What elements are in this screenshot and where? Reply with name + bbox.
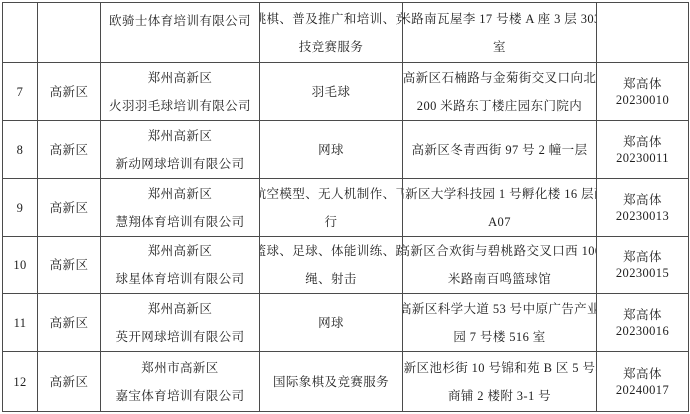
cell-index: 10	[3, 237, 38, 294]
services-line: 网球	[318, 142, 344, 158]
services-line: 技竞赛服务	[299, 39, 364, 55]
cell-cert: 郑高体 20230011	[597, 121, 689, 179]
cell-index: 8	[3, 121, 38, 179]
cell-services: 篮球、足球、体能训练、跳 绳、射击	[260, 237, 403, 294]
cell-services: 航空模型、无人机制作、飞 行	[260, 179, 403, 237]
cell-cert: 郑高体 20230016	[597, 294, 689, 352]
cell-cert: 郑高体 20230010	[597, 63, 689, 121]
address-line: 室	[493, 39, 506, 55]
company-line: 郑州高新区	[148, 186, 213, 202]
cell-company: 郑州市高新区 嘉宝体育培训有限公司	[101, 352, 260, 412]
cell-cert: 郑高体 20240017	[597, 352, 689, 412]
company-line: 郑州市高新区	[141, 360, 218, 376]
company-line: 郑州高新区	[148, 301, 213, 317]
services-line: 跳棋、普及推广和培训、竞	[260, 11, 403, 27]
address-line: 高新区池杉街 10 号锦和苑 B 区 5 号楼	[403, 360, 597, 376]
cell-district: 高新区	[38, 63, 101, 121]
address-line: 高新区石楠路与金菊街交叉口向北	[403, 70, 596, 86]
company-line: 嘉宝体育培训有限公司	[115, 388, 244, 404]
address-line: 高新区科学大道 53 号中原广告产业	[403, 301, 597, 317]
company-line: 郑州高新区	[148, 243, 213, 259]
company-line: 郑州高新区	[148, 128, 213, 144]
cell-index: 7	[3, 63, 38, 121]
cell-company: 郑州高新区 慧翔体育培训有限公司	[101, 179, 260, 237]
cell-district: 高新区	[38, 352, 101, 412]
cell-address: 高新区冬青西街 97 号 2 幢一层	[403, 121, 597, 179]
cell-services: 羽毛球	[260, 63, 403, 121]
company-line: 球星体育培训有限公司	[115, 271, 244, 287]
services-line: 羽毛球	[312, 84, 351, 100]
cell-district: 高新区	[38, 179, 101, 237]
cell-address: 高新区石楠路与金菊街交叉口向北 200 米路东丁楼庄园东门院内	[403, 63, 597, 121]
cell-company: 郑州高新区 球星体育培训有限公司	[101, 237, 260, 294]
services-line: 行	[325, 214, 338, 230]
cell-services: 国际象棋及竞赛服务	[260, 352, 403, 412]
cell-address: 米路南瓦屋李 17 号楼 A 座 3 层 303 室	[403, 3, 597, 63]
cell-address: 高新区池杉街 10 号锦和苑 B 区 5 号楼 商铺 2 楼附 3-1 号	[403, 352, 597, 412]
cell-address: 高新区科学大道 53 号中原广告产业 园 7 号楼 516 室	[403, 294, 597, 352]
company-line: 英开网球培训有限公司	[115, 329, 244, 345]
services-line: 国际象棋及竞赛服务	[273, 374, 389, 390]
company-line: 郑州高新区	[148, 70, 213, 86]
company-line: 新动网球培训有限公司	[115, 156, 244, 172]
services-line: 网球	[318, 315, 344, 331]
cell-index: 12	[3, 352, 38, 412]
address-line: 园 7 号楼 516 室	[453, 329, 545, 345]
address-line: A07	[488, 214, 511, 230]
cell-district: 高新区	[38, 294, 101, 352]
cell-company: 郑州高新区 火羽羽毛球培训有限公司	[101, 63, 260, 121]
cell-services: 网球	[260, 294, 403, 352]
address-line: 200 米路东丁楼庄园东门院内	[417, 98, 582, 114]
company-line: 欧骑士体育培训有限公司	[109, 13, 251, 29]
cell-address: 高新区合欢街与碧桃路交叉口西 100 米路南百鸣篮球馆	[403, 237, 597, 294]
cell-index: 9	[3, 179, 38, 237]
address-line: 高新区合欢街与碧桃路交叉口西 100	[403, 243, 597, 259]
cell-district: 高新区	[38, 237, 101, 294]
address-line: 米路南瓦屋李 17 号楼 A 座 3 层 303	[403, 11, 597, 27]
cell-cert: 郑高体 20230015	[597, 237, 689, 294]
cell-company: 郑州高新区 英开网球培训有限公司	[101, 294, 260, 352]
services-line: 绳、射击	[305, 271, 357, 287]
cell-company: 欧骑士体育培训有限公司	[101, 3, 260, 63]
cell-cert: 郑高体 20230013	[597, 179, 689, 237]
cell-address: 高新区大学科技园 1 号孵化楼 16 层西 A07	[403, 179, 597, 237]
cell-district: 高新区	[38, 121, 101, 179]
approval-table: 欧骑士体育培训有限公司 跳棋、普及推广和培训、竞 技竞赛服务 米路南瓦屋李 17…	[2, 2, 689, 412]
cell-index	[3, 3, 38, 63]
cell-company: 郑州高新区 新动网球培训有限公司	[101, 121, 260, 179]
cell-cert	[597, 3, 689, 63]
services-line: 篮球、足球、体能训练、跳	[260, 243, 403, 259]
company-line: 慧翔体育培训有限公司	[115, 214, 244, 230]
cell-services: 网球	[260, 121, 403, 179]
cell-services: 跳棋、普及推广和培训、竞 技竞赛服务	[260, 3, 403, 63]
company-line: 火羽羽毛球培训有限公司	[109, 98, 251, 114]
address-line: 商铺 2 楼附 3-1 号	[448, 388, 551, 404]
cell-index: 11	[3, 294, 38, 352]
address-line: 高新区冬青西街 97 号 2 幢一层	[412, 142, 588, 158]
cell-district	[38, 3, 101, 63]
address-line: 米路南百鸣篮球馆	[448, 271, 551, 287]
address-line: 高新区大学科技园 1 号孵化楼 16 层西	[403, 186, 597, 202]
services-line: 航空模型、无人机制作、飞	[260, 186, 403, 202]
